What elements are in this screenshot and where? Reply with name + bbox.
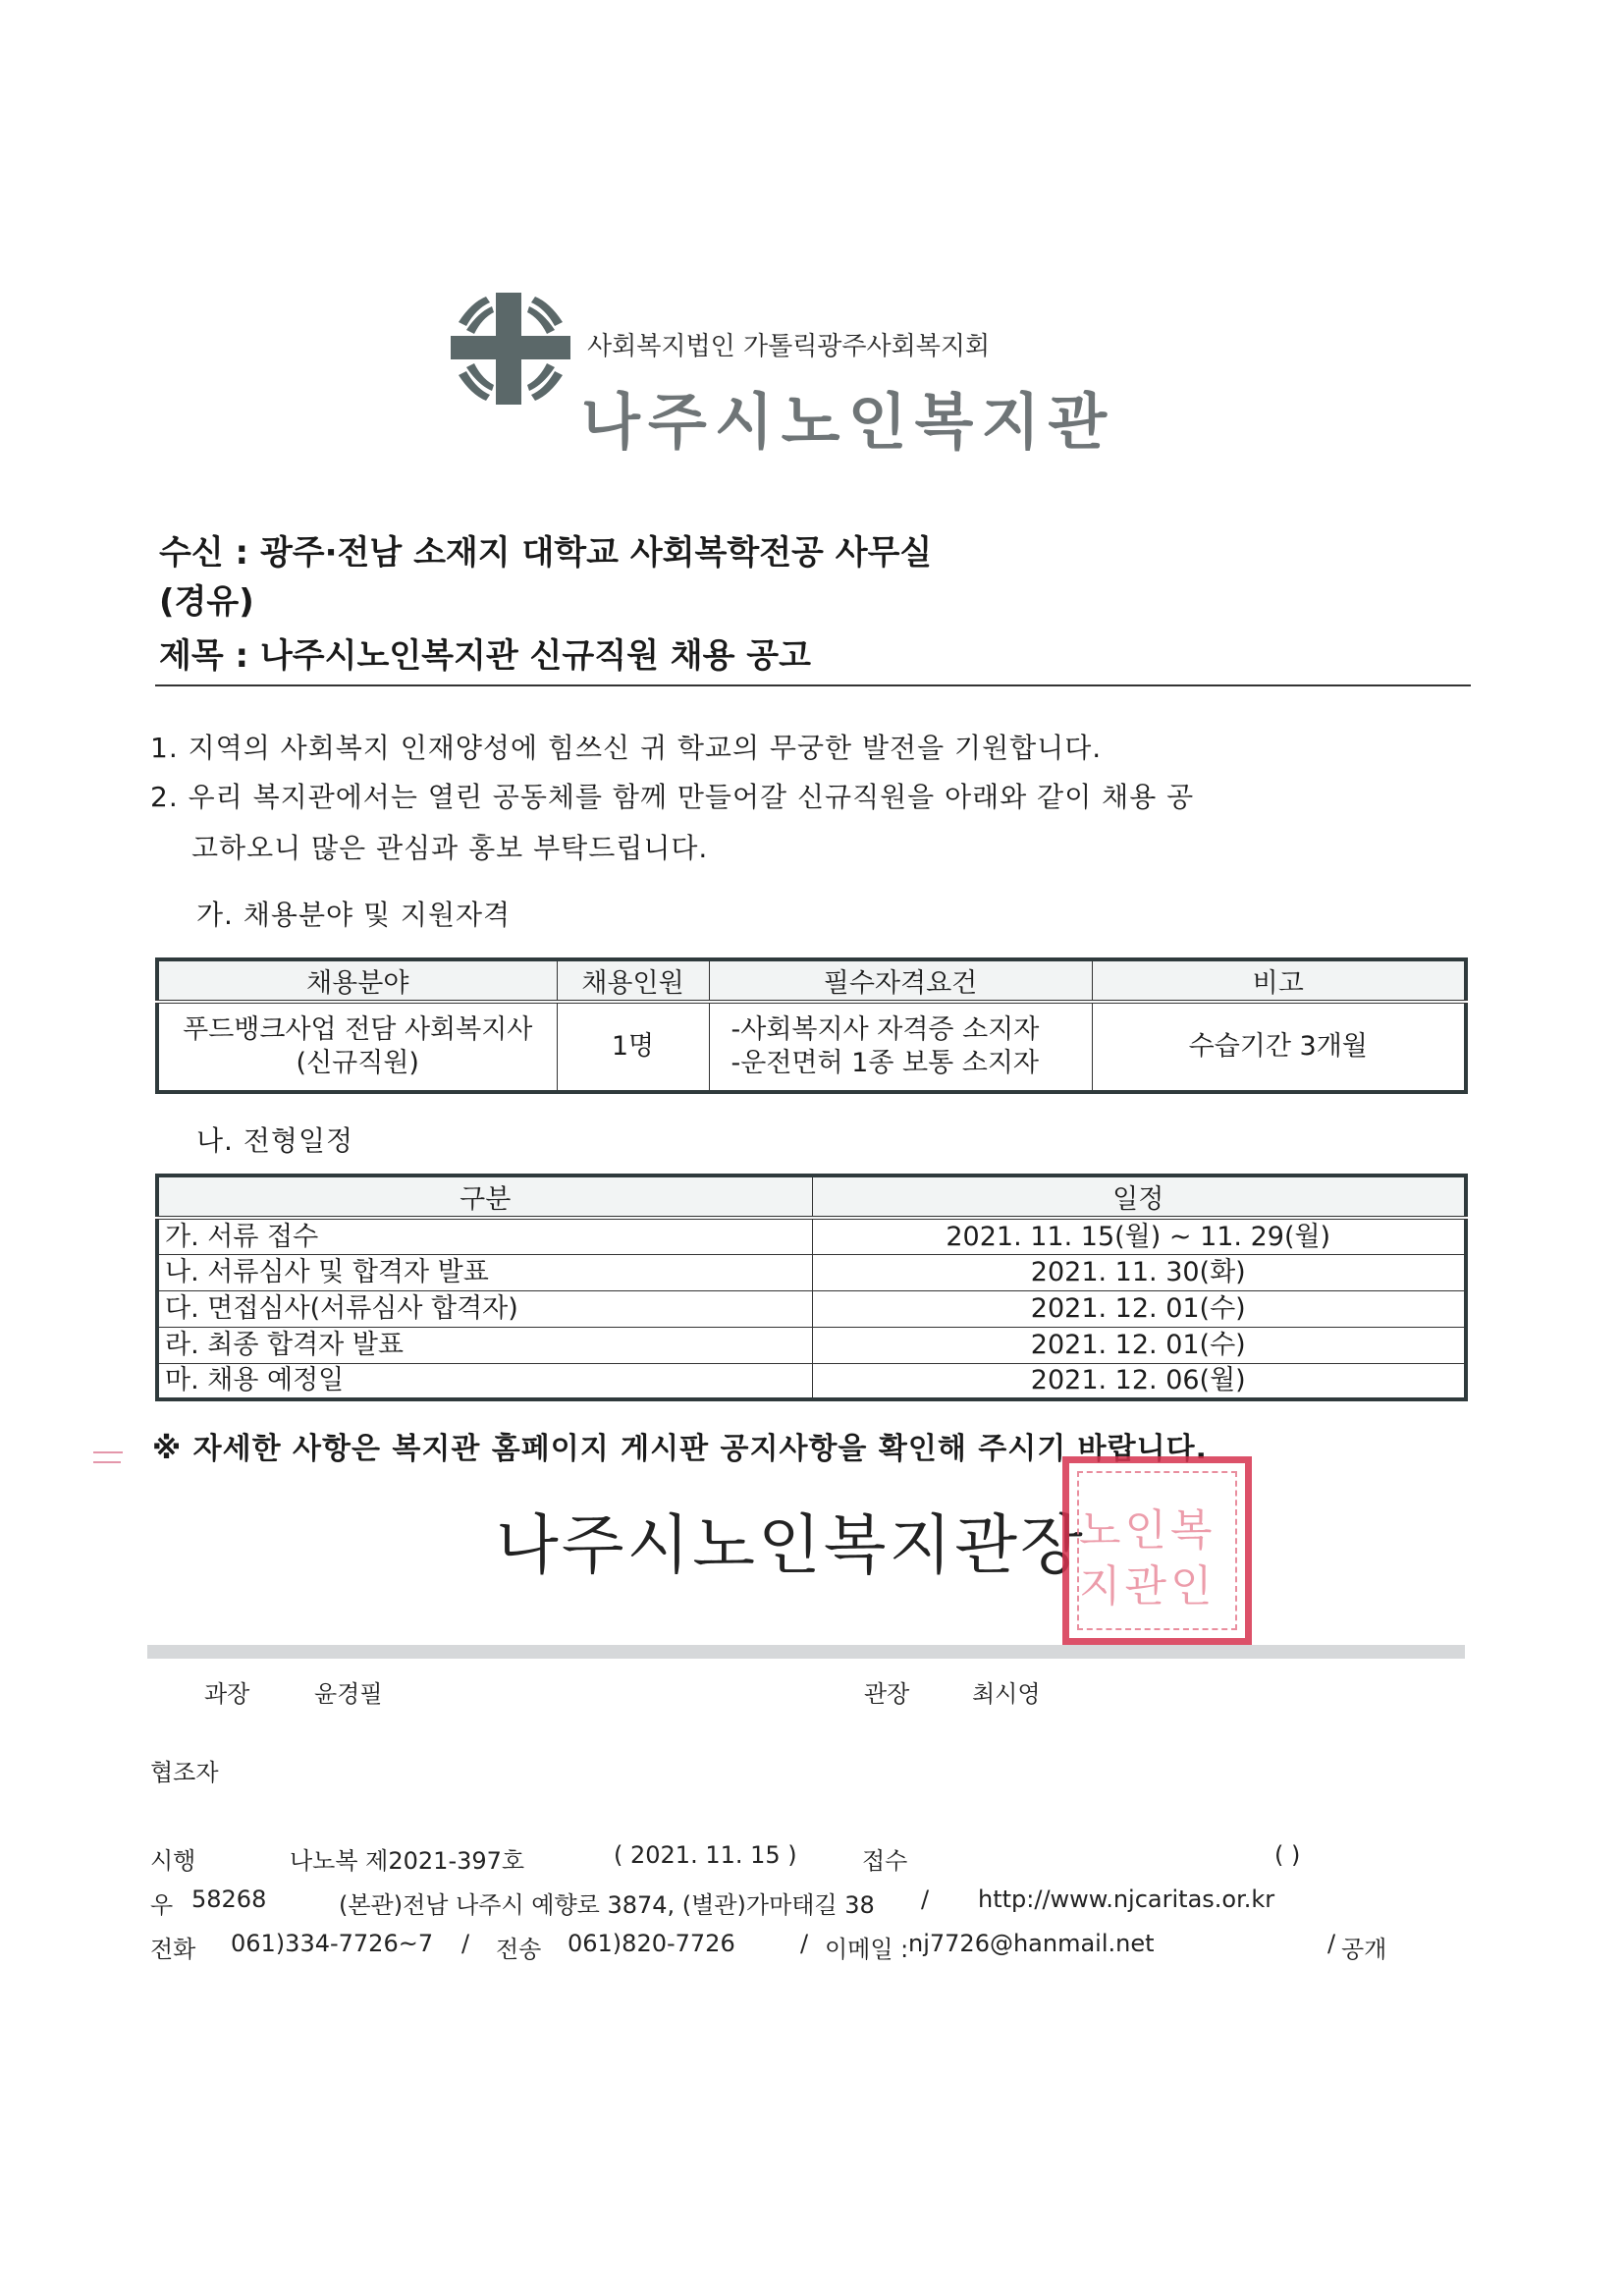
email-link[interactable]: nj7726@hanmail.net [908, 1930, 1155, 1957]
notice-text: ※ 자세한 사항은 복지관 홈페이지 게시판 공지사항을 확인해 주시기 바랍니… [152, 1424, 1208, 1467]
via-line: (경유) [159, 574, 254, 623]
col-header-requirements: 필수자격요건 [709, 959, 1092, 1002]
address: (본관)전남 나주시 예향로 3874, (별관)가마태길 38 [339, 1886, 875, 1920]
cell-requirements: -사회복지사 자격증 소지자 -운전면허 1종 보통 소지자 [709, 1002, 1092, 1092]
institution-logo-text: 나주시노인복지관 [581, 373, 1114, 461]
section-b-heading: 나. 전형일정 [196, 1120, 353, 1159]
website-link[interactable]: http://www.njcaritas.or.kr [978, 1886, 1274, 1913]
doc-number: 나노복 제2021-397호 [290, 1841, 524, 1876]
cell-date: 2021. 11. 30(화) [812, 1254, 1466, 1290]
separator: / [921, 1886, 929, 1913]
cell-headcount: 1명 [557, 1002, 709, 1092]
table-row: 마. 채용 예정일2021. 12. 06(월) [157, 1363, 1466, 1399]
postal-code: 58268 [191, 1886, 266, 1913]
manager-label: 과장 [204, 1674, 249, 1709]
table-row: 푸드뱅크사업 전담 사회복지사 (신규직원) 1명 -사회복지사 자격증 소지자… [157, 1002, 1466, 1092]
separator: / [461, 1930, 469, 1957]
approval-bar [147, 1645, 1465, 1659]
phone-label: 전화 [150, 1930, 195, 1964]
cell-step: 라. 최종 합격자 발표 [157, 1327, 812, 1363]
disclosure-status: 공개 [1341, 1930, 1386, 1964]
cell-field: 푸드뱅크사업 전담 사회복지사 (신규직원) [157, 1002, 557, 1092]
director-name: 최시영 [972, 1674, 1041, 1709]
schedule-table: 구분 일정 가. 서류 접수2021. 11. 15(월) ~ 11. 29(월… [155, 1174, 1468, 1401]
col-header-field: 채용분야 [157, 959, 557, 1002]
enforce-label: 시행 [150, 1841, 195, 1876]
col-header-headcount: 채용인원 [557, 959, 709, 1002]
recipient-line: 수신 : 광주·전남 소재지 대학교 사회복학전공 사무실 [159, 525, 932, 574]
section-a-heading: 가. 채용분야 및 지원자격 [196, 894, 511, 933]
paragraph-1: 1. 지역의 사회복지 인재양성에 힘쓰신 귀 학교의 무궁한 발전을 기원합니… [150, 727, 1102, 766]
paragraph-2: 2. 우리 복지관에서는 열린 공동체를 함께 만들어갈 신규직원을 아래와 같… [150, 776, 1194, 815]
fax-label: 전송 [496, 1930, 541, 1964]
cell-step: 가. 서류 접수 [157, 1218, 812, 1254]
recruitment-table: 채용분야 채용인원 필수자격요건 비고 푸드뱅크사업 전담 사회복지사 (신규직… [155, 957, 1468, 1094]
table-row: 라. 최종 합격자 발표2021. 12. 01(수) [157, 1327, 1466, 1363]
paragraph-2-continued: 고하오니 많은 관심과 홍보 부탁드립니다. [191, 827, 708, 866]
cell-note: 수습기간 3개월 [1092, 1002, 1466, 1092]
col-header-date: 일정 [812, 1175, 1466, 1218]
cell-step: 마. 채용 예정일 [157, 1363, 812, 1399]
fax-number: 061)820-7726 [568, 1930, 735, 1957]
cooperator-label: 협조자 [150, 1753, 219, 1787]
col-header-step: 구분 [157, 1175, 812, 1218]
receipt-label: 접수 [862, 1841, 907, 1876]
col-header-note: 비고 [1092, 959, 1466, 1002]
table-row: 다. 면접심사(서류심사 합격자)2021. 12. 01(수) [157, 1290, 1466, 1327]
organization-name: 사회복지법인 가톨릭광주사회복지회 [587, 326, 990, 362]
table-row: 나. 서류심사 및 합격자 발표2021. 11. 30(화) [157, 1254, 1466, 1290]
header-divider [155, 684, 1471, 686]
caritas-cross-icon [447, 285, 574, 412]
manager-name: 윤경필 [314, 1674, 383, 1709]
cell-date: 2021. 12. 01(수) [812, 1327, 1466, 1363]
separator: / [1327, 1930, 1335, 1957]
phone-number: 061)334-7726~7 [231, 1930, 433, 1957]
cell-date: 2021. 12. 01(수) [812, 1290, 1466, 1327]
seal-text: 노인복지관인 [1079, 1503, 1236, 1614]
table-row: 가. 서류 접수2021. 11. 15(월) ~ 11. 29(월) [157, 1218, 1466, 1254]
signer-name: 나주시노인복지관장 [496, 1493, 1086, 1586]
cell-date: 2021. 11. 15(월) ~ 11. 29(월) [812, 1218, 1466, 1254]
receipt-value: ( ) [1274, 1841, 1300, 1869]
enforce-date: ( 2021. 11. 15 ) [614, 1841, 797, 1869]
separator: / [800, 1930, 808, 1957]
email-label: 이메일 : [825, 1930, 908, 1964]
official-seal-icon: 노인복지관인 [1062, 1456, 1252, 1645]
cell-step: 다. 면접심사(서류심사 합격자) [157, 1290, 812, 1327]
cell-step: 나. 서류심사 및 합격자 발표 [157, 1254, 812, 1290]
postal-label: 우 [150, 1886, 173, 1920]
red-mark [93, 1451, 123, 1453]
subject-line: 제목 : 나주시노인복지관 신규직원 채용 공고 [159, 629, 811, 677]
director-label: 관장 [864, 1674, 909, 1709]
cell-date: 2021. 12. 06(월) [812, 1363, 1466, 1399]
red-mark [93, 1461, 121, 1463]
